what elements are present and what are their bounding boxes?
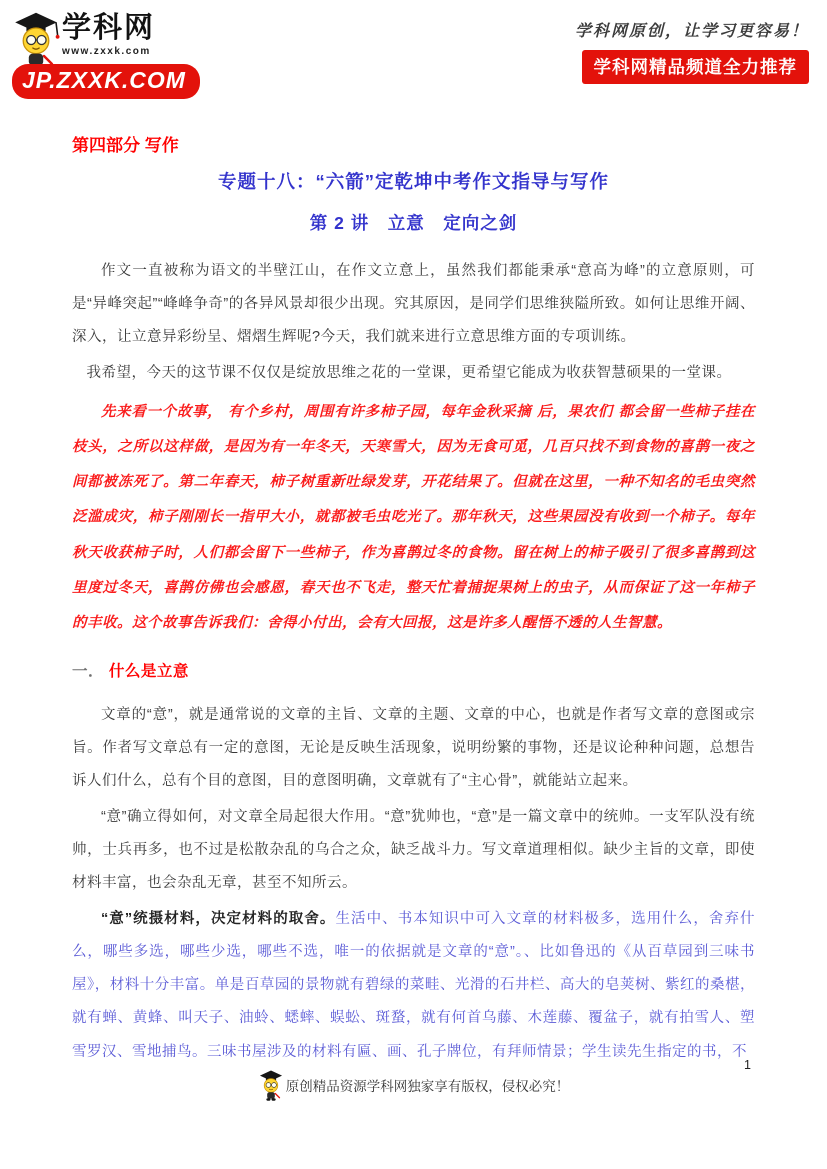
part-heading: 第四部分 写作 xyxy=(72,131,755,156)
story-paragraph: 先来看一个故事， 有个乡村，周围有许多柿子园，每年金秋采摘 后，果农们 都会留一… xyxy=(72,394,755,640)
paragraph-materials: “意”统摄材料，决定材料的取舍。生活中、书本知识中可入文章的材料极多，选用什么，… xyxy=(72,903,755,1068)
section-heading-1: 一． 什么是立意 xyxy=(72,654,755,689)
mascot-icon xyxy=(12,8,60,72)
footer-mascot-icon xyxy=(258,1068,284,1102)
zxxk-logo: 学科网 www.zxxk.com xyxy=(12,8,200,72)
jp-zxxk-badge: JP.ZXXK.COM xyxy=(12,64,200,99)
brand-name: 学科网 xyxy=(62,14,155,43)
paragraph-meaning-1: 文章的“意”，就是通常说的文章的主旨、文章的主题、文章的中心，也就是作者写文章的… xyxy=(72,699,755,798)
materials-blue-text: 生活中、书本知识中可入文章的材料极多，选用什么，舍弃什么，哪些多选，哪些少选，哪… xyxy=(72,911,755,1059)
promo-badge: 学科网精品频道全力推荐 xyxy=(582,50,810,84)
topic-heading: 专题十八：“六箭”定乾坤中考作文指导与写作 xyxy=(72,168,755,194)
brand-slogan: 学科网原创，让学习更容易！ xyxy=(575,18,809,41)
document-page: 学科网 www.zxxk.com JP.ZXXK.COM 学科网原创，让学习更容… xyxy=(0,0,827,1169)
page-number: 1 xyxy=(744,1058,751,1072)
page-header: 学科网 www.zxxk.com JP.ZXXK.COM 学科网原创，让学习更容… xyxy=(0,0,827,99)
page-footer: 原创精品资源学科网独家享有版权，侵权必究！ xyxy=(0,1068,827,1102)
paragraph-meaning-2: “意”确立得如何，对文章全局起很大作用。“意”犹帅也，“意”是一篇文章中的统帅。… xyxy=(72,801,755,900)
section-title: 什么是立意 xyxy=(109,663,189,680)
brand-text-block: 学科网 www.zxxk.com xyxy=(62,8,155,57)
section-numeral: 一． xyxy=(72,663,104,680)
copyright-text: 原创精品资源学科网独家享有版权，侵权必究！ xyxy=(286,1075,570,1095)
zxxk-logo-block: 学科网 www.zxxk.com JP.ZXXK.COM xyxy=(12,8,200,99)
header-right-block: 学科网原创，让学习更容易！ 学科网精品频道全力推荐 xyxy=(575,8,813,84)
brand-url: www.zxxk.com xyxy=(62,46,155,57)
materials-lead-bold: “意”统摄材料，决定材料的取舍。 xyxy=(101,911,335,927)
lecture-heading: 第 2 讲 立意 定向之剑 xyxy=(72,210,755,235)
paragraph-intro-1: 作文一直被称为语文的半壁江山，在作文立意上，虽然我们都能秉承“意高为峰”的立意原… xyxy=(72,255,755,354)
document-body: 第四部分 写作 专题十八：“六箭”定乾坤中考作文指导与写作 第 2 讲 立意 定… xyxy=(0,99,827,1069)
paragraph-intro-2: 我希望，今天的这节课不仅仅是绽放思维之花的一堂课，更希望它能成为收获智慧硕果的一… xyxy=(72,357,755,390)
